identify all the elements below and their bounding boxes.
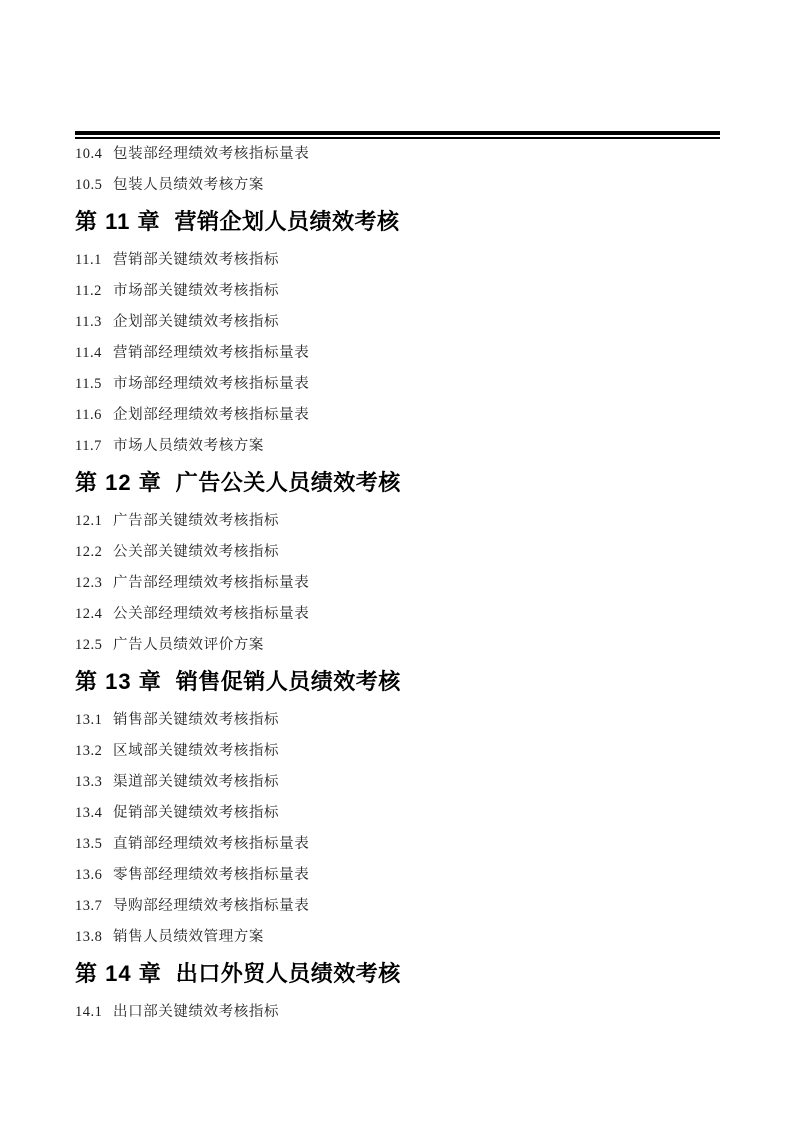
toc-item-label: 广告部经理绩效考核指标量表 bbox=[113, 575, 309, 591]
toc-item-number: 13.7 bbox=[75, 891, 113, 922]
toc-item: 13.5直销部经理绩效考核指标量表 bbox=[75, 829, 720, 860]
toc-item: 10.5包装人员绩效考核方案 bbox=[75, 170, 720, 201]
toc-item-label: 促销部关键绩效考核指标 bbox=[113, 805, 279, 821]
chapter-heading: 第 12 章广告公关人员绩效考核 bbox=[75, 468, 720, 498]
toc-item-number: 12.1 bbox=[75, 506, 113, 537]
toc-item-label: 广告部关键绩效考核指标 bbox=[113, 513, 279, 529]
toc-item-label: 销售部关键绩效考核指标 bbox=[113, 712, 279, 728]
toc-item: 14.1出口部关键绩效考核指标 bbox=[75, 997, 720, 1028]
toc-item: 12.2公关部关键绩效考核指标 bbox=[75, 537, 720, 568]
toc-item-number: 12.2 bbox=[75, 537, 113, 568]
toc-item-label: 企划部关键绩效考核指标 bbox=[113, 314, 279, 330]
toc-item-number: 13.5 bbox=[75, 829, 113, 860]
toc-list: 10.4包装部经理绩效考核指标量表10.5包装人员绩效考核方案第 11 章营销企… bbox=[75, 139, 720, 1028]
toc-item-label: 市场人员绩效考核方案 bbox=[113, 438, 264, 454]
chapter-heading: 第 14 章出口外贸人员绩效考核 bbox=[75, 959, 720, 989]
toc-item: 12.1广告部关键绩效考核指标 bbox=[75, 506, 720, 537]
toc-item: 13.7导购部经理绩效考核指标量表 bbox=[75, 891, 720, 922]
toc-item-number: 13.1 bbox=[75, 705, 113, 736]
toc-item-number: 11.5 bbox=[75, 369, 113, 400]
toc-item-number: 14.1 bbox=[75, 997, 113, 1028]
toc-item: 13.4促销部关键绩效考核指标 bbox=[75, 798, 720, 829]
header-double-rule bbox=[75, 131, 720, 139]
toc-item-label: 市场部经理绩效考核指标量表 bbox=[113, 376, 309, 392]
chapter-title: 广告公关人员绩效考核 bbox=[176, 470, 401, 495]
toc-item-number: 13.2 bbox=[75, 736, 113, 767]
toc-item-label: 出口部关键绩效考核指标 bbox=[113, 1004, 279, 1020]
toc-item-number: 12.5 bbox=[75, 630, 113, 661]
toc-item-number: 13.8 bbox=[75, 922, 113, 953]
toc-item-number: 11.6 bbox=[75, 400, 113, 431]
toc-item-number: 11.2 bbox=[75, 276, 113, 307]
toc-item-label: 广告人员绩效评价方案 bbox=[113, 637, 264, 653]
toc-item: 11.1营销部关键绩效考核指标 bbox=[75, 245, 720, 276]
toc-item: 12.4公关部经理绩效考核指标量表 bbox=[75, 599, 720, 630]
toc-item-number: 11.1 bbox=[75, 245, 113, 276]
toc-item-number: 13.4 bbox=[75, 798, 113, 829]
toc-item: 13.6零售部经理绩效考核指标量表 bbox=[75, 860, 720, 891]
toc-item: 11.7市场人员绩效考核方案 bbox=[75, 431, 720, 462]
toc-item-number: 13.3 bbox=[75, 767, 113, 798]
toc-item-label: 公关部经理绩效考核指标量表 bbox=[113, 606, 309, 622]
toc-item: 11.4营销部经理绩效考核指标量表 bbox=[75, 338, 720, 369]
chapter-number: 第 11 章 bbox=[75, 209, 160, 234]
toc-item-label: 零售部经理绩效考核指标量表 bbox=[113, 867, 309, 883]
toc-item: 11.3企划部关键绩效考核指标 bbox=[75, 307, 720, 338]
chapter-heading: 第 13 章销售促销人员绩效考核 bbox=[75, 667, 720, 697]
toc-item-label: 渠道部关键绩效考核指标 bbox=[113, 774, 279, 790]
toc-item: 11.6企划部经理绩效考核指标量表 bbox=[75, 400, 720, 431]
toc-item-label: 销售人员绩效管理方案 bbox=[113, 929, 264, 945]
chapter-number: 第 13 章 bbox=[75, 669, 162, 694]
toc-item: 13.1销售部关键绩效考核指标 bbox=[75, 705, 720, 736]
toc-item: 13.8销售人员绩效管理方案 bbox=[75, 922, 720, 953]
document-page: 10.4包装部经理绩效考核指标量表10.5包装人员绩效考核方案第 11 章营销企… bbox=[0, 0, 793, 1122]
chapter-title: 营销企划人员绩效考核 bbox=[174, 209, 399, 234]
toc-item-label: 导购部经理绩效考核指标量表 bbox=[113, 898, 309, 914]
toc-item: 11.2市场部关键绩效考核指标 bbox=[75, 276, 720, 307]
toc-item-label: 直销部经理绩效考核指标量表 bbox=[113, 836, 309, 852]
toc-item-number: 13.6 bbox=[75, 860, 113, 891]
toc-item-label: 营销部经理绩效考核指标量表 bbox=[113, 345, 309, 361]
toc-item-label: 公关部关键绩效考核指标 bbox=[113, 544, 279, 560]
toc-item-number: 10.4 bbox=[75, 139, 113, 170]
toc-item-number: 11.3 bbox=[75, 307, 113, 338]
toc-item-number: 12.4 bbox=[75, 599, 113, 630]
chapter-heading: 第 11 章营销企划人员绩效考核 bbox=[75, 207, 720, 237]
chapter-number: 第 14 章 bbox=[75, 961, 162, 986]
toc-content: 10.4包装部经理绩效考核指标量表10.5包装人员绩效考核方案第 11 章营销企… bbox=[75, 0, 720, 1028]
toc-item-number: 10.5 bbox=[75, 170, 113, 201]
chapter-title: 出口外贸人员绩效考核 bbox=[176, 961, 401, 986]
toc-item-label: 营销部关键绩效考核指标 bbox=[113, 252, 279, 268]
toc-item: 13.3渠道部关键绩效考核指标 bbox=[75, 767, 720, 798]
toc-item-label: 区域部关键绩效考核指标 bbox=[113, 743, 279, 759]
toc-item: 10.4包装部经理绩效考核指标量表 bbox=[75, 139, 720, 170]
toc-item-label: 企划部经理绩效考核指标量表 bbox=[113, 407, 309, 423]
toc-item: 13.2区域部关键绩效考核指标 bbox=[75, 736, 720, 767]
toc-item: 12.5广告人员绩效评价方案 bbox=[75, 630, 720, 661]
toc-item-number: 11.7 bbox=[75, 431, 113, 462]
toc-item-number: 12.3 bbox=[75, 568, 113, 599]
toc-item: 11.5市场部经理绩效考核指标量表 bbox=[75, 369, 720, 400]
chapter-title: 销售促销人员绩效考核 bbox=[176, 669, 401, 694]
toc-item-label: 市场部关键绩效考核指标 bbox=[113, 283, 279, 299]
toc-item: 12.3广告部经理绩效考核指标量表 bbox=[75, 568, 720, 599]
toc-item-number: 11.4 bbox=[75, 338, 113, 369]
toc-item-label: 包装人员绩效考核方案 bbox=[113, 177, 264, 193]
toc-item-label: 包装部经理绩效考核指标量表 bbox=[113, 146, 309, 162]
chapter-number: 第 12 章 bbox=[75, 470, 162, 495]
